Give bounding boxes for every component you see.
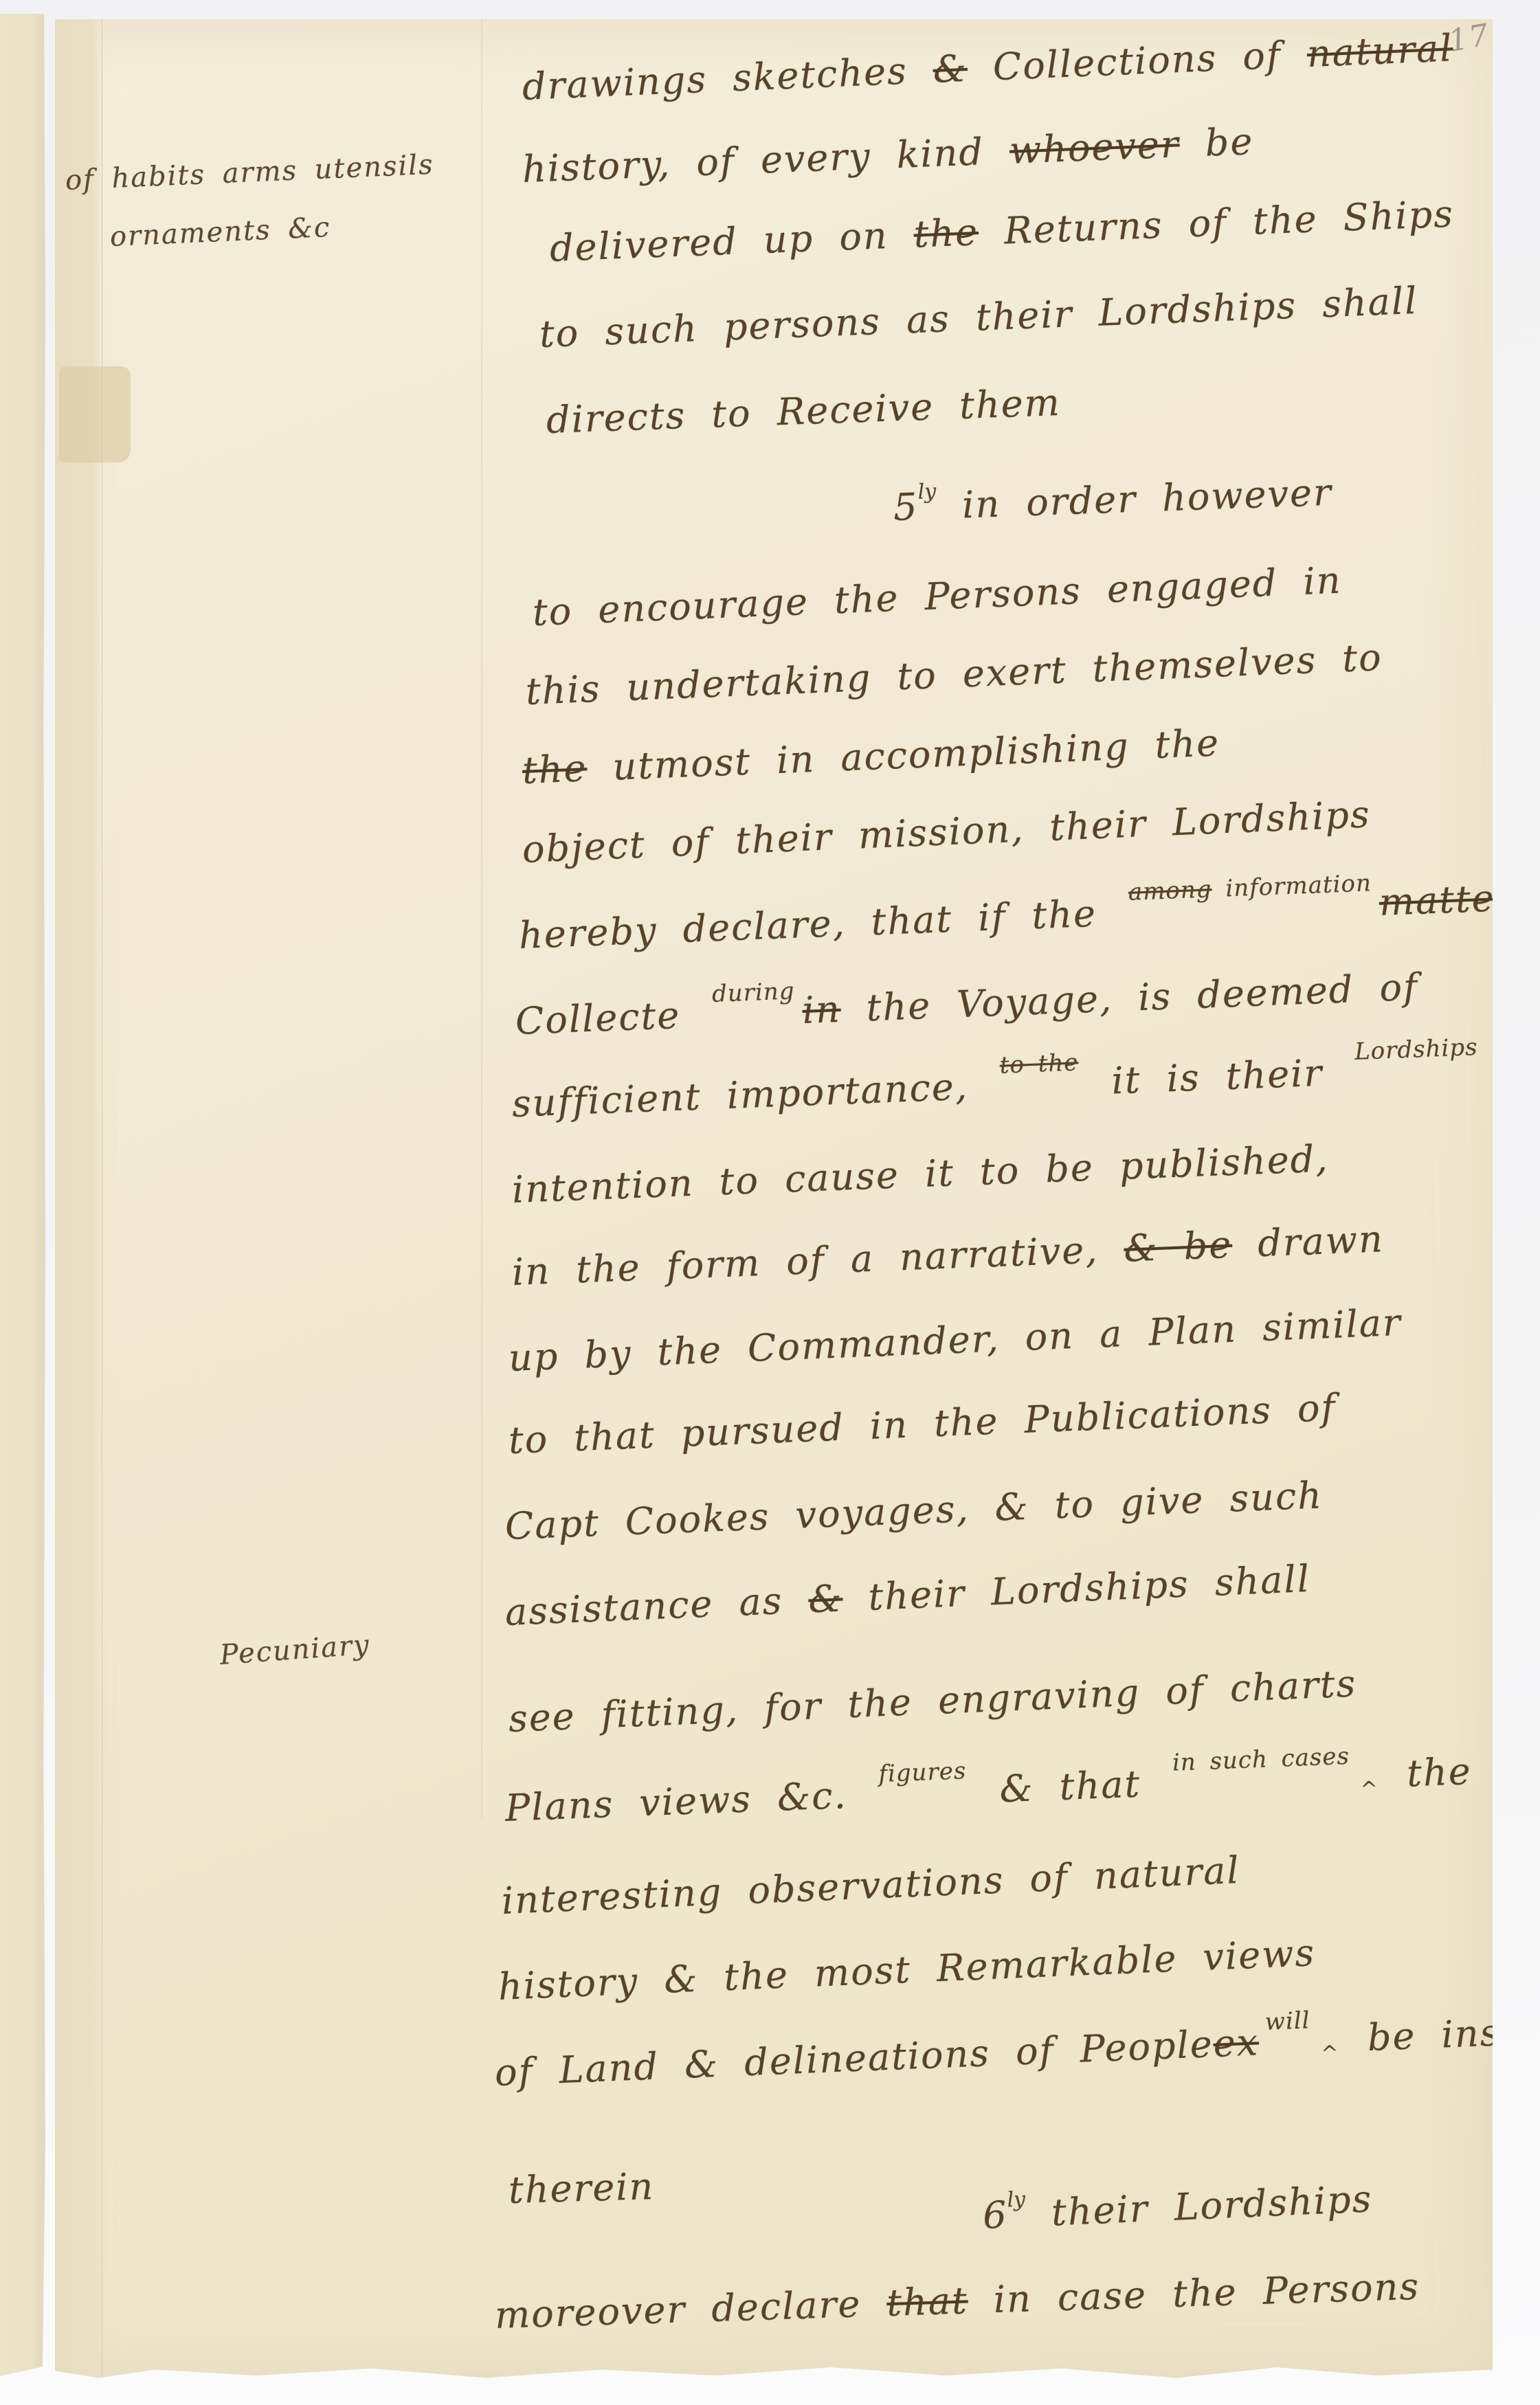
text-segment: in order however	[936, 471, 1333, 528]
text-line: 5ly in order however	[893, 466, 1333, 529]
facing-page-edge	[0, 14, 45, 2376]
repair-patch	[59, 366, 131, 462]
text-segment: object of their mission, their Lordships	[522, 792, 1372, 871]
margin-note: ornaments &c	[109, 212, 331, 253]
text-segment: Plans views &c.	[504, 1772, 873, 1829]
manuscript-page: 17 drawings sketches & Collections of na…	[55, 19, 1493, 2380]
text-segment: ly	[917, 480, 937, 504]
text-segment: figures	[878, 1757, 967, 1788]
text-segment: &	[932, 47, 968, 91]
text-line: of Land & delineations of Peopleexwill^ …	[494, 2006, 1540, 2094]
text-segment: drawn	[1231, 1217, 1385, 1266]
text-segment: this undertaking to exert themselves to	[525, 636, 1383, 713]
text-segment: interesting observations of natural	[501, 1848, 1241, 1923]
text-segment: will	[1264, 2006, 1310, 2036]
text-segment: intention to cause it to be published,	[511, 1137, 1330, 1211]
text-line: see fitting, for the engraving of charts	[508, 1662, 1358, 1741]
text-line: object of their mission, their Lordships	[522, 792, 1372, 871]
text-segment: Lordships	[1354, 1033, 1478, 1066]
text-line: history, of every kind whoever be	[522, 120, 1255, 191]
text-line: up by the Commander, on a Plan similar	[508, 1301, 1403, 1380]
text-segment: whoever	[1009, 122, 1181, 172]
text-segment: utmost in accomplishing the	[586, 721, 1220, 790]
text-segment: that	[886, 2279, 968, 2325]
text-line: interesting observations of natural	[501, 1848, 1241, 1923]
text-line: Capt Cookes voyages, & to give such	[504, 1473, 1324, 1548]
text-line: to such persons as their Lordships shall	[539, 279, 1419, 356]
text-segment: hereby declare, that if the	[518, 891, 1123, 957]
text-segment: Collections of	[966, 32, 1308, 90]
text-line: directs to Receive them	[546, 381, 1062, 442]
text-segment: to such persons as their Lordships shall	[539, 279, 1419, 356]
text-segment: & be	[1123, 1223, 1233, 1271]
text-segment: their Lordships	[1025, 2177, 1374, 2235]
text-segment: to the	[999, 1049, 1079, 1079]
text-segment: among	[1128, 875, 1212, 906]
text-line: hereby declare, that if the amonginforma…	[518, 875, 1515, 957]
text-segment: Capt Cookes voyages, & to give such	[504, 1473, 1324, 1548]
text-segment: ^	[1360, 1777, 1379, 1802]
text-segment: drawings sketches	[522, 48, 934, 109]
text-segment: be inserted	[1341, 2006, 1540, 2060]
text-segment: 5	[893, 485, 919, 529]
text-segment: assistance as	[504, 1578, 810, 1634]
text-line: history & the most Remarkable views	[498, 1931, 1317, 2009]
text-line: to that pursued in the Publications of	[508, 1386, 1337, 1462]
text-segment: to that pursued in the Publications of	[508, 1386, 1337, 1462]
text-line: to encourage the Persons engaged in	[532, 559, 1343, 634]
text-segment: to encourage the Persons engaged in	[532, 559, 1343, 634]
text-segment: information	[1225, 869, 1372, 902]
text-line: the utmost in accomplishing the	[522, 721, 1221, 792]
text-segment: matter	[1379, 875, 1515, 924]
text-segment: be	[1179, 120, 1254, 166]
text-segment: of Land & delineations of People	[494, 2022, 1214, 2094]
margin-note: of habits arms utensils	[65, 149, 434, 197]
text-segment: Pecuniary	[219, 1629, 371, 1671]
text-line: sufficient importance, to the it is thei…	[511, 1045, 1486, 1126]
text-segment: ly	[1007, 2187, 1026, 2212]
text-line: in the form of a narrative, & be drawn	[511, 1217, 1385, 1294]
text-line: delivered up on the Returns of the Ships	[549, 192, 1455, 270]
text-segment: of habits arms utensils	[65, 149, 434, 197]
text-line: 6ly their Lordships	[981, 2172, 1373, 2237]
text-segment: &	[807, 1576, 844, 1621]
text-segment: directs to Receive them	[546, 381, 1062, 442]
text-segment: moreover declare	[494, 2281, 887, 2337]
text-line: this undertaking to exert themselves to	[525, 636, 1383, 713]
text-segment: the most	[1381, 1745, 1540, 1796]
text-segment: Collecte	[515, 992, 707, 1043]
text-segment: the	[522, 746, 588, 792]
text-segment: it is their	[1085, 1050, 1349, 1104]
text-segment: see fitting, for the engraving of charts	[508, 1662, 1358, 1741]
text-segment: history, of every kind	[522, 129, 1010, 191]
text-segment: therein	[508, 2164, 655, 2212]
text-segment: in case the Persons	[968, 2265, 1420, 2323]
text-segment: ex	[1212, 2020, 1260, 2066]
text-segment: their Lordships shall	[842, 1557, 1311, 1620]
text-segment: delivered up on	[549, 213, 915, 270]
text-line: intention to cause it to be published,	[511, 1137, 1330, 1211]
text-segment: Returns of the Ships	[978, 192, 1455, 254]
manuscript-photo: { "page_number": "17", "colors": { "ink"…	[0, 0, 1540, 2405]
text-segment: 6	[982, 2193, 1009, 2237]
text-segment: in the form of a narrative,	[511, 1227, 1125, 1294]
text-line: moreover declare that in case the Person…	[494, 2265, 1420, 2337]
text-segment: the Voyage, is deemed of	[840, 965, 1419, 1031]
text-line: Plans views &c. figures & that in such c…	[504, 1745, 1540, 1830]
text-segment: up by the Commander, on a Plan similar	[508, 1301, 1403, 1380]
text-segment: natural	[1306, 26, 1454, 76]
text-segment: ^	[1321, 2042, 1341, 2066]
text-line: therein	[508, 2164, 655, 2212]
margin-fold-crease	[481, 19, 482, 1820]
text-segment: in such cases	[1172, 1743, 1350, 1777]
text-segment: sufficient importance,	[511, 1064, 994, 1126]
text-segment: history & the most Remarkable views	[498, 1931, 1317, 2009]
text-segment: the	[913, 210, 979, 256]
text-line: assistance as & their Lordships shall	[504, 1557, 1311, 1634]
text-segment: in	[801, 987, 841, 1032]
text-segment: during	[711, 977, 795, 1008]
text-line: Collecte duringin the Voyage, is deemed …	[515, 965, 1419, 1043]
text-segment: ornaments &c	[109, 212, 331, 253]
text-line: drawings sketches & Collections of natur…	[522, 26, 1454, 109]
text-segment: & that	[973, 1761, 1167, 1812]
margin-note: Pecuniary	[219, 1629, 371, 1671]
